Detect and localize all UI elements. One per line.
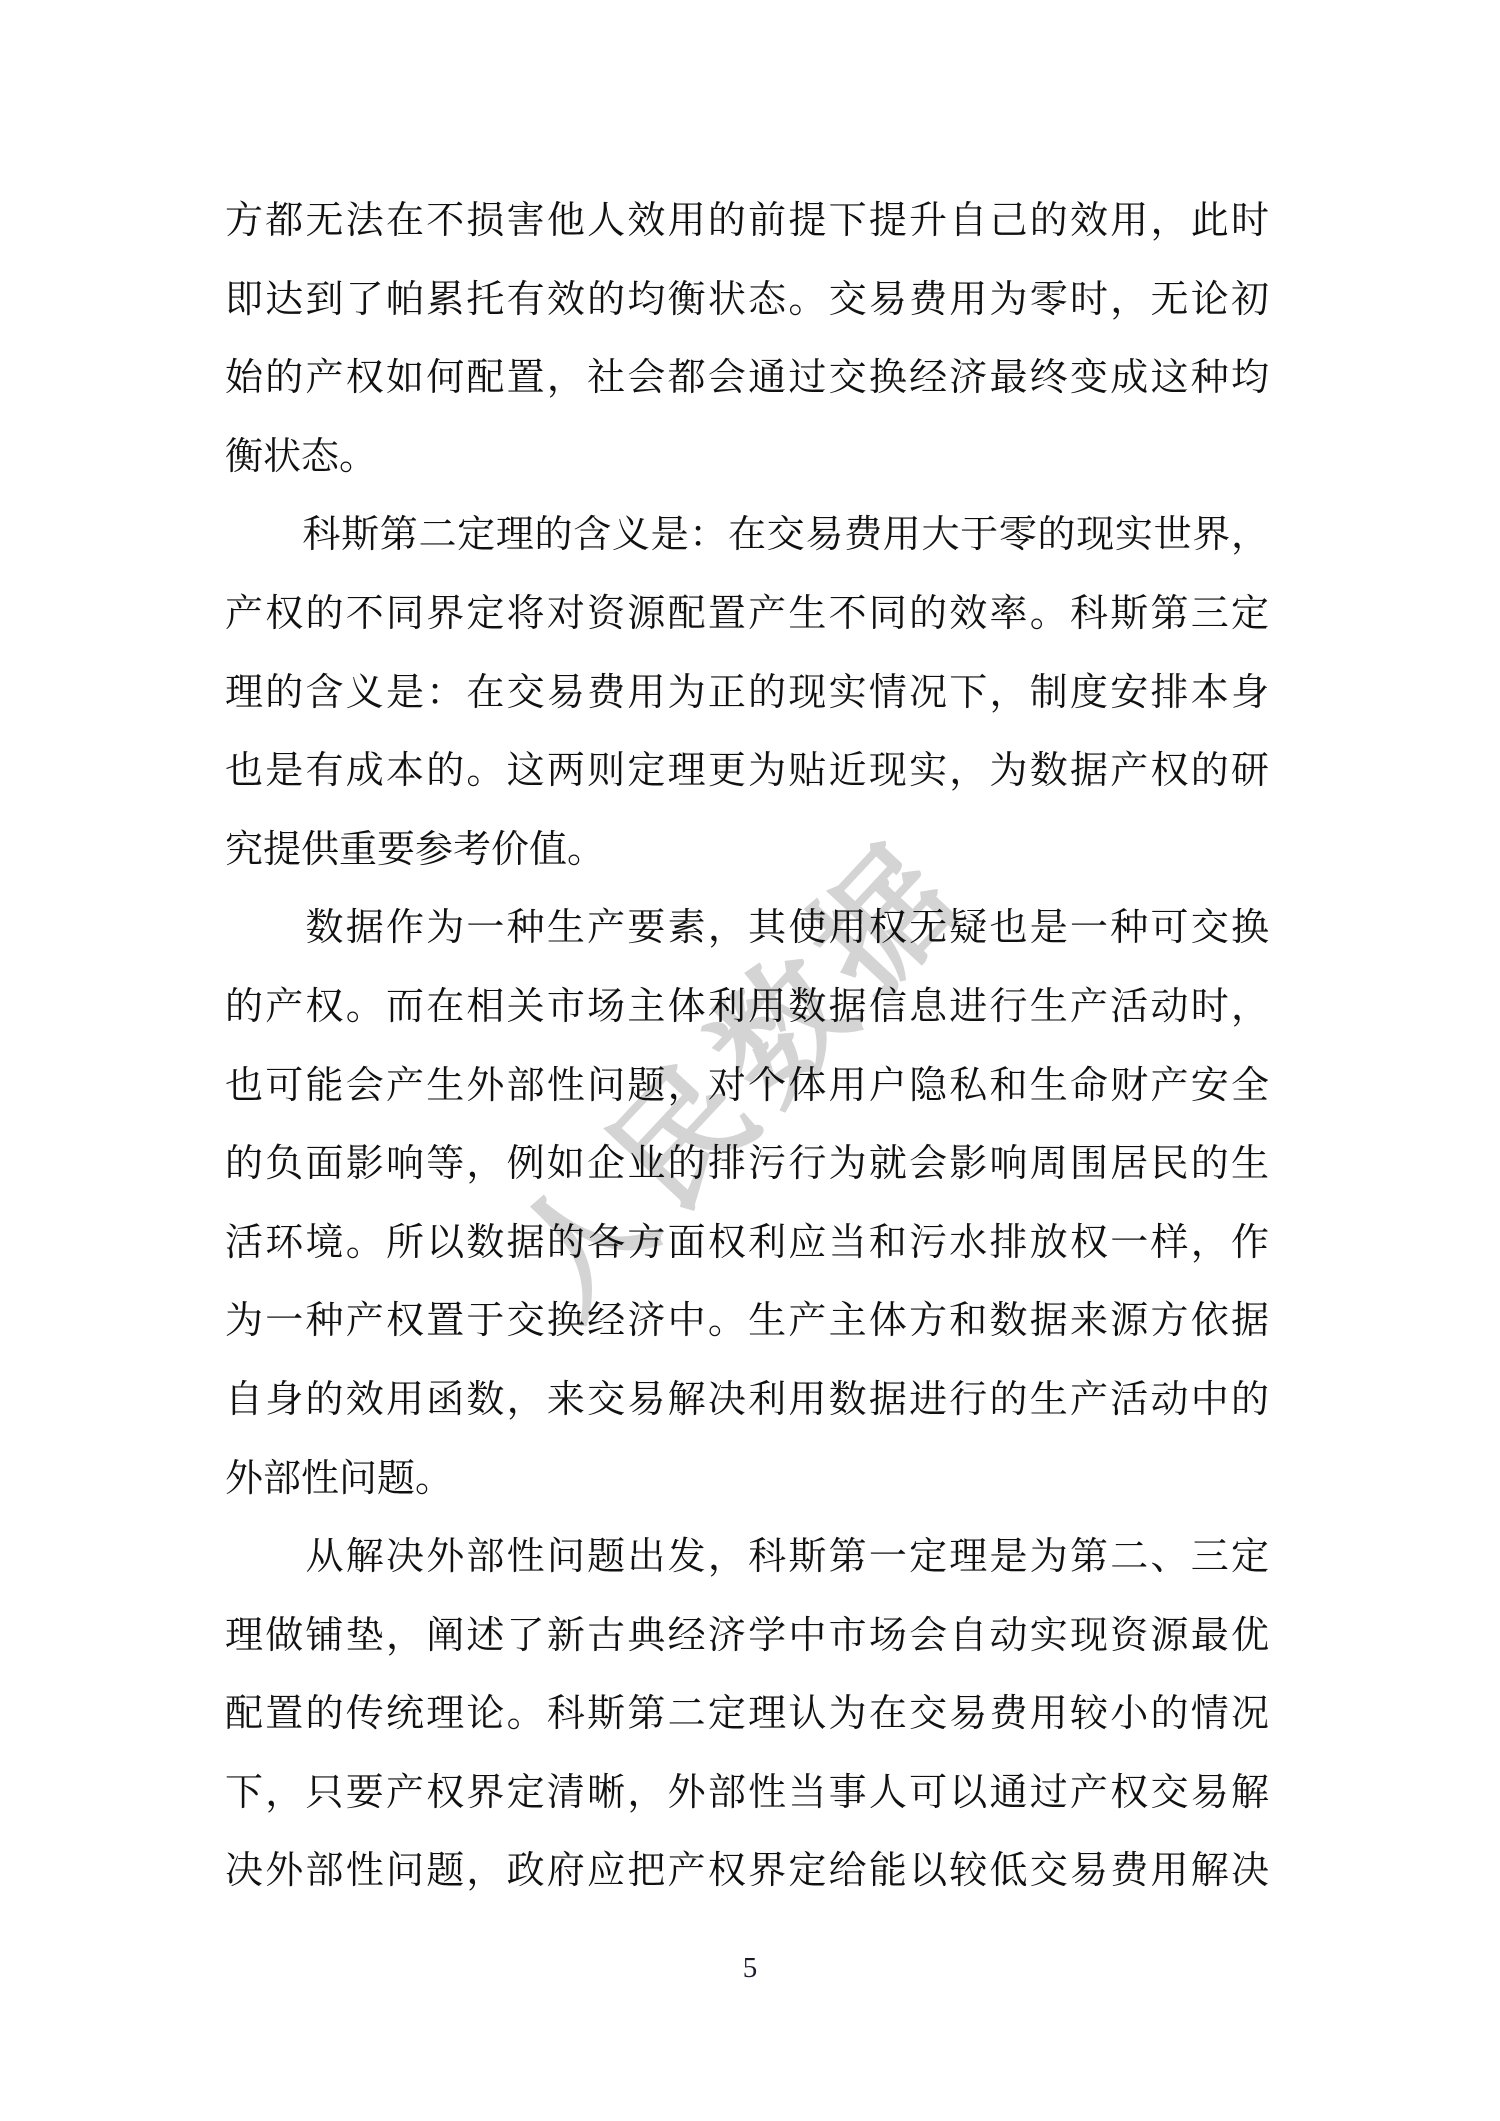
text-line: 决外部性问题，政府应把产权界定给能以较低交易费用解决 [225, 1832, 1269, 1911]
page-number: 5 [0, 1952, 1500, 1985]
text-line: 也可能会产生外部性问题，对个体用户隐私和生命财产安全 [225, 1047, 1269, 1126]
text-line: 始的产权如何配置，社会都会通过交换经济最终变成这种均 [225, 339, 1269, 418]
text-line: 自身的效用函数，来交易解决利用数据进行的生产活动中的 [225, 1361, 1269, 1440]
document-page: 人民数据 方都无法在不损害他人效用的前提下提升自己的效用，此时 即达到了帕累托有… [0, 0, 1500, 2121]
text-line: 为一种产权置于交换经济中。生产主体方和数据来源方依据 [225, 1282, 1269, 1361]
text-line: 也是有成本的。这两则定理更为贴近现实，为数据产权的研 [225, 732, 1269, 811]
text-line: 配置的传统理论。科斯第二定理认为在交易费用较小的情况 [225, 1675, 1269, 1754]
text-line: 究提供重要参考价值。 [225, 811, 1269, 890]
text-line: 理的含义是：在交易费用为正的现实情况下，制度安排本身 [225, 654, 1269, 733]
text-line: 即达到了帕累托有效的均衡状态。交易费用为零时，无论初 [225, 261, 1269, 340]
text-line: 从解决外部性问题出发，科斯第一定理是为第二、三定 [225, 1518, 1269, 1597]
text-line: 科斯第二定理的含义是：在交易费用大于零的现实世界， [225, 496, 1269, 575]
text-line: 数据作为一种生产要素，其使用权无疑也是一种可交换 [225, 889, 1269, 968]
text-line: 衡状态。 [225, 418, 1269, 497]
text-line: 产权的不同界定将对资源配置产生不同的效率。科斯第三定 [225, 575, 1269, 654]
text-line: 的产权。而在相关市场主体利用数据信息进行生产活动时， [225, 968, 1269, 1047]
document-body: 方都无法在不损害他人效用的前提下提升自己的效用，此时 即达到了帕累托有效的均衡状… [225, 182, 1269, 1911]
text-line: 下，只要产权界定清晰，外部性当事人可以通过产权交易解 [225, 1754, 1269, 1833]
text-line: 方都无法在不损害他人效用的前提下提升自己的效用，此时 [225, 182, 1269, 261]
text-line: 的负面影响等，例如企业的排污行为就会影响周围居民的生 [225, 1125, 1269, 1204]
text-line: 理做铺垫，阐述了新古典经济学中市场会自动实现资源最优 [225, 1597, 1269, 1676]
text-line: 外部性问题。 [225, 1440, 1269, 1519]
text-line: 活环境。所以数据的各方面权利应当和污水排放权一样，作 [225, 1204, 1269, 1283]
